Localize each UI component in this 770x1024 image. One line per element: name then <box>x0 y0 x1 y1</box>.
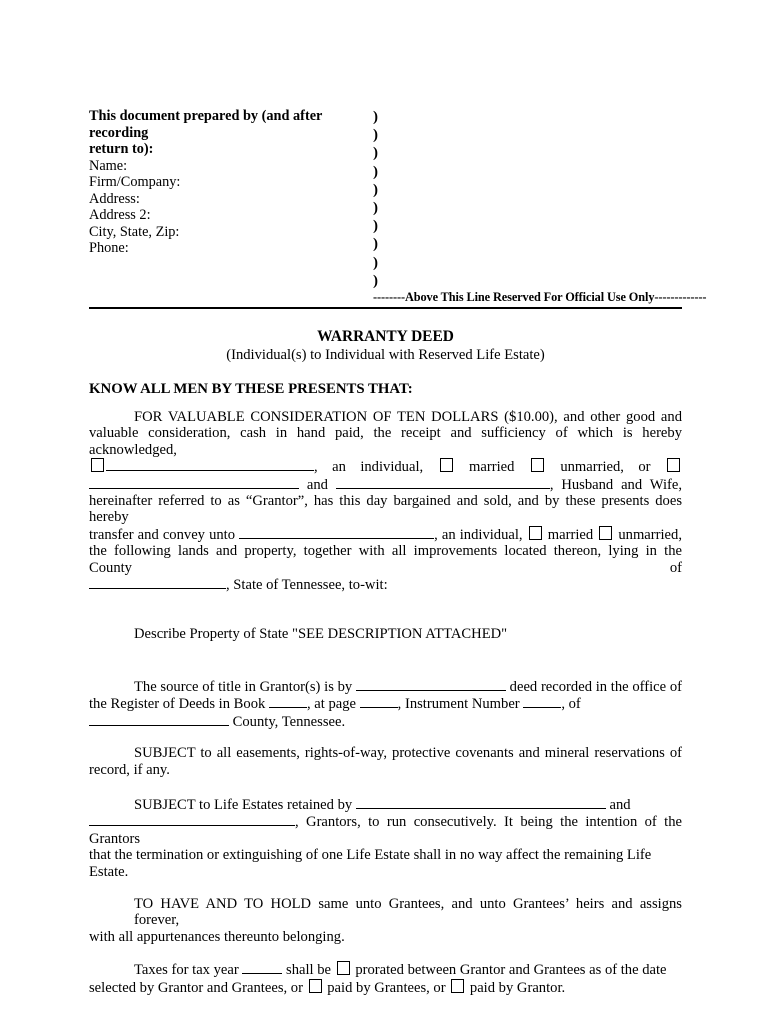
blank-line[interactable] <box>89 476 299 489</box>
preparer-info-column: This document prepared by (and after rec… <box>89 108 373 290</box>
text-run: TO HAVE AND TO HOLD same unto Grantees, … <box>134 896 682 928</box>
text-line: valuable consideration, cash in hand pai… <box>89 425 682 458</box>
text-run: unmarried, or <box>546 459 665 475</box>
checkbox[interactable] <box>531 458 544 472</box>
text-line: the following lands and property, togeth… <box>89 543 682 576</box>
checkbox[interactable] <box>451 979 464 993</box>
text-run: , of <box>561 696 580 712</box>
habendum-paragraph: TO HAVE AND TO HOLD same unto Grantees, … <box>89 896 682 945</box>
text-line: Taxes for tax year shall be prorated bet… <box>89 961 682 978</box>
paren-mark: ) <box>373 126 378 144</box>
paren-mark: ) <box>373 235 378 253</box>
text-run: The source of title in Grantor(s) is by <box>134 679 356 695</box>
text-run: transfer and convey unto <box>89 527 239 543</box>
text-run: County, Tennessee. <box>229 714 345 730</box>
paren-mark: ) <box>373 181 378 199</box>
separator-rule <box>89 307 682 309</box>
text-line: SUBJECT to all easements, rights-of-way,… <box>89 745 682 761</box>
preparer-field-label-1: Firm/Company: <box>89 174 373 191</box>
blank-line[interactable] <box>89 576 226 589</box>
text-run: and <box>606 797 631 813</box>
text-run: , State of Tennessee, to-wit: <box>226 577 388 593</box>
text-line: , Grantors, to run consecutively. It bei… <box>89 813 682 847</box>
source-of-title-paragraph: The source of title in Grantor(s) is by … <box>89 678 682 730</box>
reserved-use-line: --------Above This Line Reserved For Off… <box>373 290 682 305</box>
paren-mark: ) <box>373 272 378 290</box>
taxes-paragraph: Taxes for tax year shall be prorated bet… <box>89 961 682 996</box>
text-run: , Instrument Number <box>398 696 524 712</box>
text-line: TO HAVE AND TO HOLD same unto Grantees, … <box>89 896 682 929</box>
preparer-field-label-2: Address: <box>89 191 373 208</box>
text-run: prorated between Grantor and Grantees as… <box>352 962 667 978</box>
deed-title: WARRANTY DEED <box>89 328 682 346</box>
paren-mark: ) <box>373 163 378 181</box>
document-content: This document prepared by (and after rec… <box>89 108 682 996</box>
text-run: SUBJECT to all easements, rights-of-way,… <box>134 745 682 761</box>
blank-line[interactable] <box>89 713 229 726</box>
text-line: transfer and convey unto , an individual… <box>89 526 682 543</box>
text-run: with all appurtenances thereunto belongi… <box>89 929 345 945</box>
paren-mark: ) <box>373 217 378 235</box>
text-line: FOR VALUABLE CONSIDERATION OF TEN DOLLAR… <box>89 409 682 425</box>
blank-line[interactable] <box>269 695 307 708</box>
text-run: and <box>299 477 336 493</box>
text-line: Describe Property of State "SEE DESCRIPT… <box>89 626 682 642</box>
blank-line[interactable] <box>242 961 282 974</box>
text-run: Taxes for tax year <box>134 962 242 978</box>
preparer-title-line-1: This document prepared by (and after rec… <box>89 108 373 141</box>
checkbox[interactable] <box>529 526 542 540</box>
paren-mark: ) <box>373 199 378 217</box>
checkbox[interactable] <box>667 458 680 472</box>
text-run: paid by Grantees, or <box>324 980 450 996</box>
prepared-fields: Name:Firm/Company:Address:Address 2:City… <box>89 158 373 257</box>
text-line: , State of Tennessee, to-wit: <box>89 576 682 593</box>
warranty-deed-document-page: This document prepared by (and after rec… <box>0 0 770 1024</box>
preparer-field-label-0: Name: <box>89 158 373 175</box>
text-run: Describe Property of State "SEE DESCRIPT… <box>134 626 507 642</box>
text-line: that the termination or extinguishing of… <box>89 847 682 880</box>
checkbox[interactable] <box>91 458 104 472</box>
recording-paren-column: )))))))))) <box>373 108 378 290</box>
text-run: the Register of Deeds in Book <box>89 696 269 712</box>
preparer-field-label-4: City, State, Zip: <box>89 224 373 241</box>
text-run: unmarried, <box>614 527 682 543</box>
text-line: with all appurtenances thereunto belongi… <box>89 929 682 945</box>
text-run: valuable consideration, cash in hand pai… <box>89 425 682 457</box>
blank-line[interactable] <box>360 695 398 708</box>
text-line: and , Husband and Wife, <box>89 476 682 493</box>
text-run: , an individual, <box>314 459 438 475</box>
text-run: paid by Grantor. <box>466 980 565 996</box>
text-run: married <box>455 459 529 475</box>
text-run: shall be <box>282 962 334 978</box>
paren-mark: ) <box>373 254 378 272</box>
text-run: , an individual, <box>434 527 527 543</box>
text-line: hereinafter referred to as “Grantor”, ha… <box>89 493 682 526</box>
consideration-paragraph: FOR VALUABLE CONSIDERATION OF TEN DOLLAR… <box>89 409 682 593</box>
text-line: The source of title in Grantor(s) is by … <box>89 678 682 695</box>
text-run: FOR VALUABLE CONSIDERATION OF TEN DOLLAR… <box>134 409 682 425</box>
preparer-block: This document prepared by (and after rec… <box>89 108 682 290</box>
checkbox[interactable] <box>309 979 322 993</box>
preparer-title-line-2: return to): <box>89 141 373 158</box>
checkbox[interactable] <box>440 458 453 472</box>
preparer-field-label-3: Address 2: <box>89 207 373 224</box>
text-line: County, Tennessee. <box>89 713 682 730</box>
text-run: SUBJECT to Life Estates retained by <box>134 797 356 813</box>
text-run: that the termination or extinguishing of… <box>89 847 651 879</box>
blank-line[interactable] <box>356 678 506 691</box>
blank-line[interactable] <box>356 796 606 809</box>
text-run: , at page <box>307 696 360 712</box>
checkbox[interactable] <box>599 526 612 540</box>
presents-heading: KNOW ALL MEN BY THESE PRESENTS THAT: <box>89 381 682 398</box>
describe-property-line: Describe Property of State "SEE DESCRIPT… <box>89 626 682 642</box>
deed-subtitle: (Individual(s) to Individual with Reserv… <box>89 346 682 364</box>
text-run: the following lands and property, togeth… <box>89 543 682 575</box>
checkbox[interactable] <box>337 961 350 975</box>
blank-line[interactable] <box>336 476 550 489</box>
text-run: record, if any. <box>89 762 170 778</box>
text-line: selected by Grantor and Grantees, or pai… <box>89 979 682 996</box>
subject-easements-paragraph: SUBJECT to all easements, rights-of-way,… <box>89 745 682 778</box>
subject-life-estates-paragraph: SUBJECT to Life Estates retained by and,… <box>89 796 682 880</box>
blank-line[interactable] <box>523 695 561 708</box>
text-run: married <box>544 527 598 543</box>
deed-body: FOR VALUABLE CONSIDERATION OF TEN DOLLAR… <box>89 409 682 996</box>
text-run: selected by Grantor and Grantees, or <box>89 980 307 996</box>
paren-mark: ) <box>373 108 378 126</box>
blank-line[interactable] <box>239 526 434 539</box>
blank-line[interactable] <box>89 813 295 826</box>
text-line: , an individual, married unmarried, or <box>89 458 682 475</box>
text-line: the Register of Deeds in Book , at page … <box>89 695 682 712</box>
paren-mark: ) <box>373 144 378 162</box>
text-run: hereinafter referred to as “Grantor”, ha… <box>89 493 682 525</box>
blank-line[interactable] <box>106 458 314 471</box>
text-line: record, if any. <box>89 762 682 778</box>
text-line: SUBJECT to Life Estates retained by and <box>89 796 682 813</box>
text-run: deed recorded in the office of <box>506 679 682 695</box>
preparer-field-label-5: Phone: <box>89 240 373 257</box>
text-run: , Husband and Wife, <box>550 477 682 493</box>
